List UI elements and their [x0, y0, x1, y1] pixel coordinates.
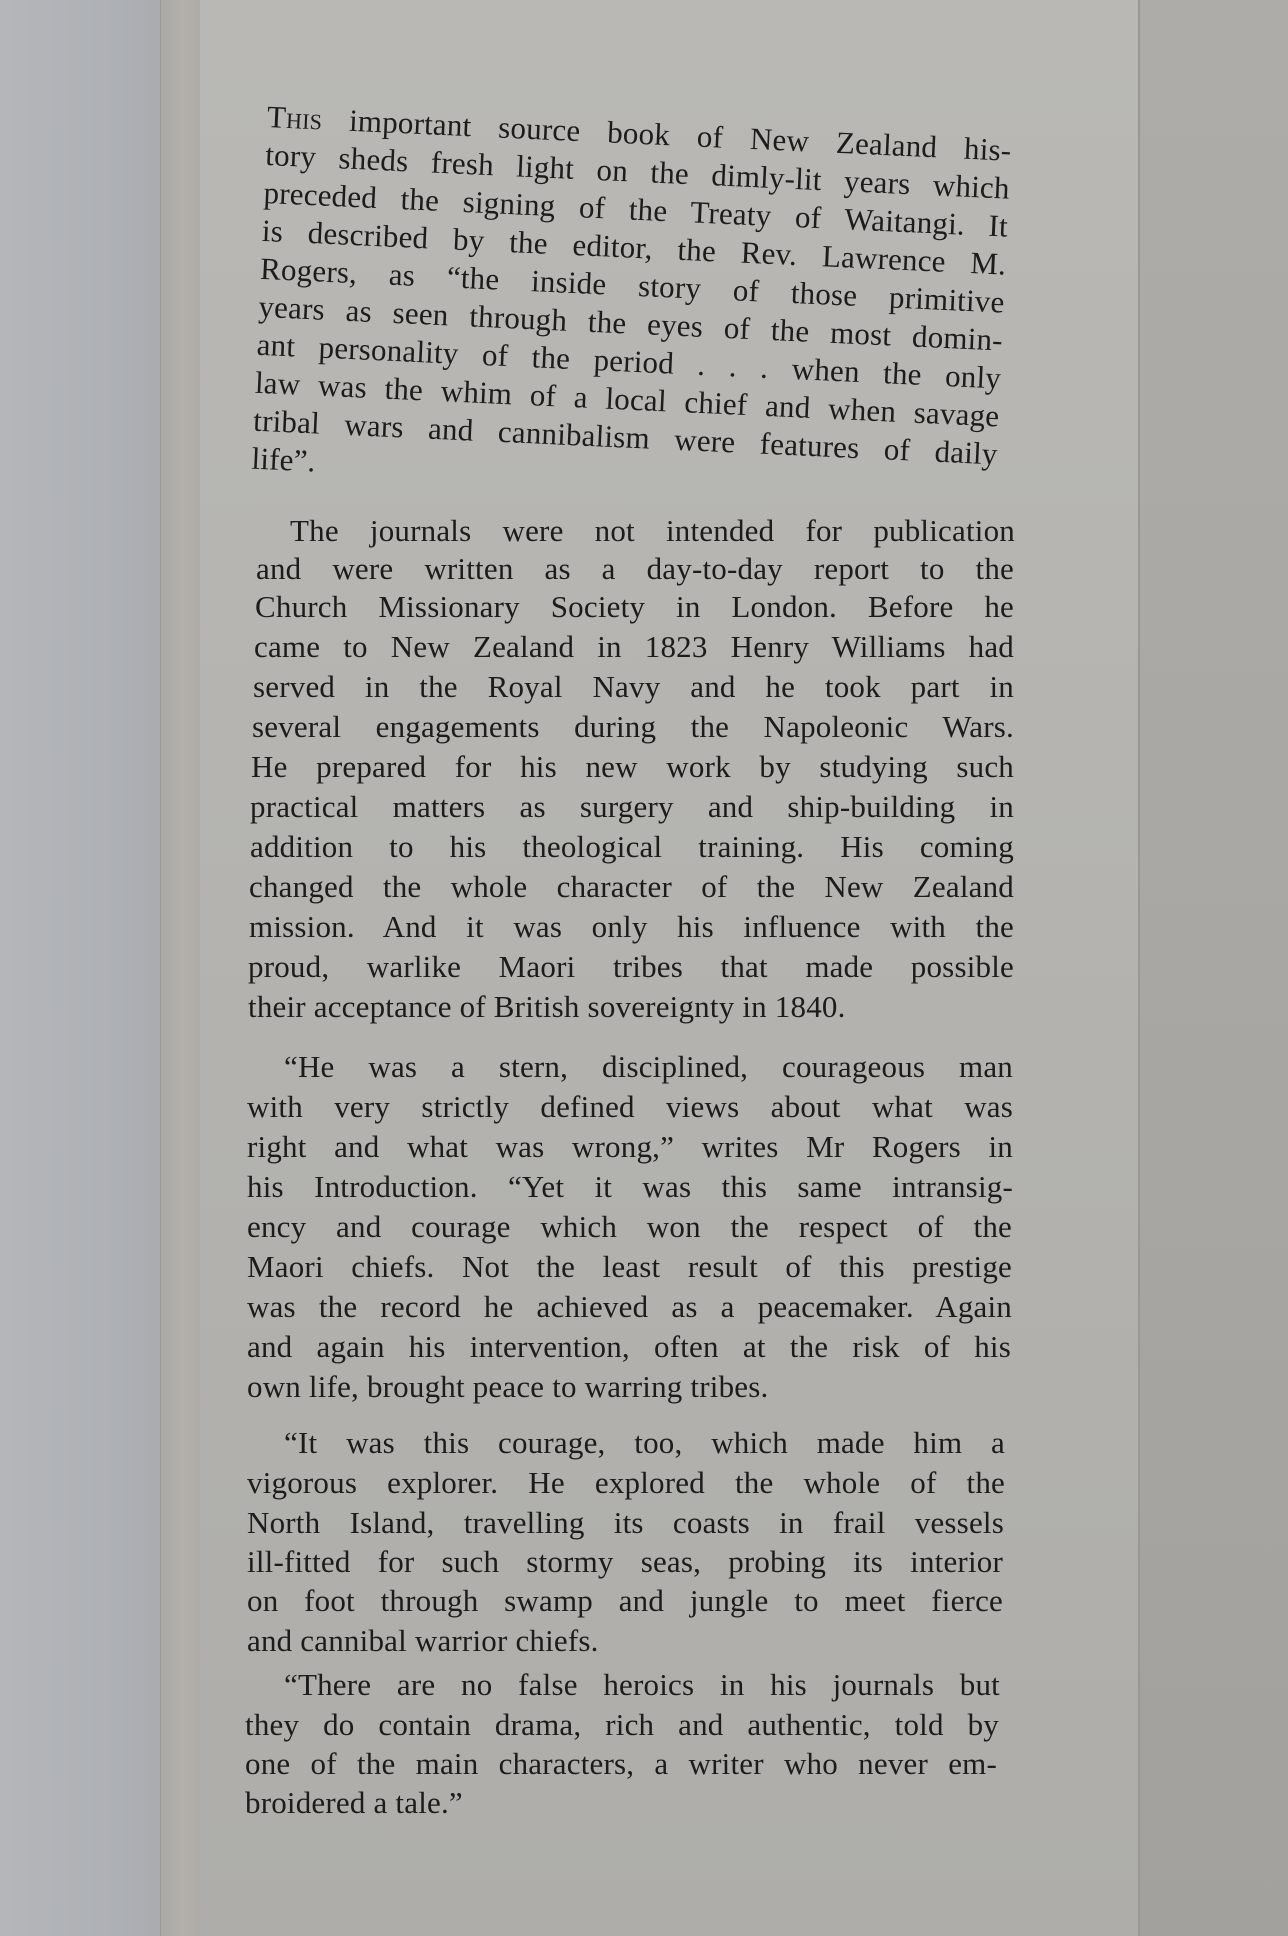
text-line: Church Missionary Society in London. Bef…	[255, 588, 1014, 626]
text-line: “There are no false heroics in his journ…	[284, 1666, 1000, 1704]
text-line: with very strictly defined views about w…	[247, 1088, 1013, 1126]
text-line: right and what was wrong,” writes Mr Rog…	[247, 1128, 1013, 1166]
text-line: one of the main characters, a writer who…	[245, 1745, 997, 1783]
text-line: and cannibal warrior chiefs.	[247, 1622, 1003, 1660]
text-line: “He was a stern, disciplined, courageous…	[284, 1048, 1013, 1086]
text-line: addition to his theological training. Hi…	[250, 828, 1014, 866]
text-line: they do contain drama, rich and authenti…	[245, 1706, 999, 1744]
text-line: broidered a tale.”	[245, 1784, 997, 1822]
text-line: Maori chiefs. Not the least result of th…	[247, 1248, 1012, 1286]
text-line: ill-fitted for such stormy seas, probing…	[247, 1543, 1003, 1581]
text-line: vigorous explorer. He explored the whole…	[247, 1464, 1005, 1502]
text-line: changed the whole character of the New Z…	[249, 868, 1014, 906]
text-line: came to New Zealand in 1823 Henry Willia…	[254, 628, 1014, 666]
lead-word: This	[266, 99, 323, 136]
text-line: served in the Royal Navy and he took par…	[253, 668, 1014, 706]
text-line: He prepared for his new work by studying…	[251, 748, 1014, 786]
text-line: their acceptance of British sovereignty …	[248, 988, 1014, 1026]
text-line: on foot through swamp and jungle to meet…	[247, 1582, 1003, 1620]
text-line: and were written as a day-to-day report …	[256, 550, 1014, 588]
text-line: “It was this courage, too, which made hi…	[284, 1424, 1005, 1462]
text-line: several engagements during the Napoleoni…	[252, 708, 1014, 746]
text-line: proud, warlike Maori tribes that made po…	[248, 948, 1014, 986]
text-line: his Introduction. “Yet it was this same …	[247, 1168, 1013, 1206]
text-line: practical matters as surgery and ship-bu…	[250, 788, 1014, 826]
text-line: North Island, travelling its coasts in f…	[247, 1504, 1004, 1542]
text-line: ency and courage which won the respect o…	[247, 1208, 1012, 1246]
text-line: mission. And it was only his influence w…	[249, 908, 1014, 946]
text-line: The journals were not intended for publi…	[290, 512, 1015, 550]
cover-board-right	[1140, 0, 1288, 1936]
text-line: was the record he achieved as a peacemak…	[247, 1288, 1012, 1326]
text-line: and again his intervention, often at the…	[247, 1328, 1011, 1366]
text-line: own life, brought peace to warring tribe…	[247, 1368, 1011, 1406]
